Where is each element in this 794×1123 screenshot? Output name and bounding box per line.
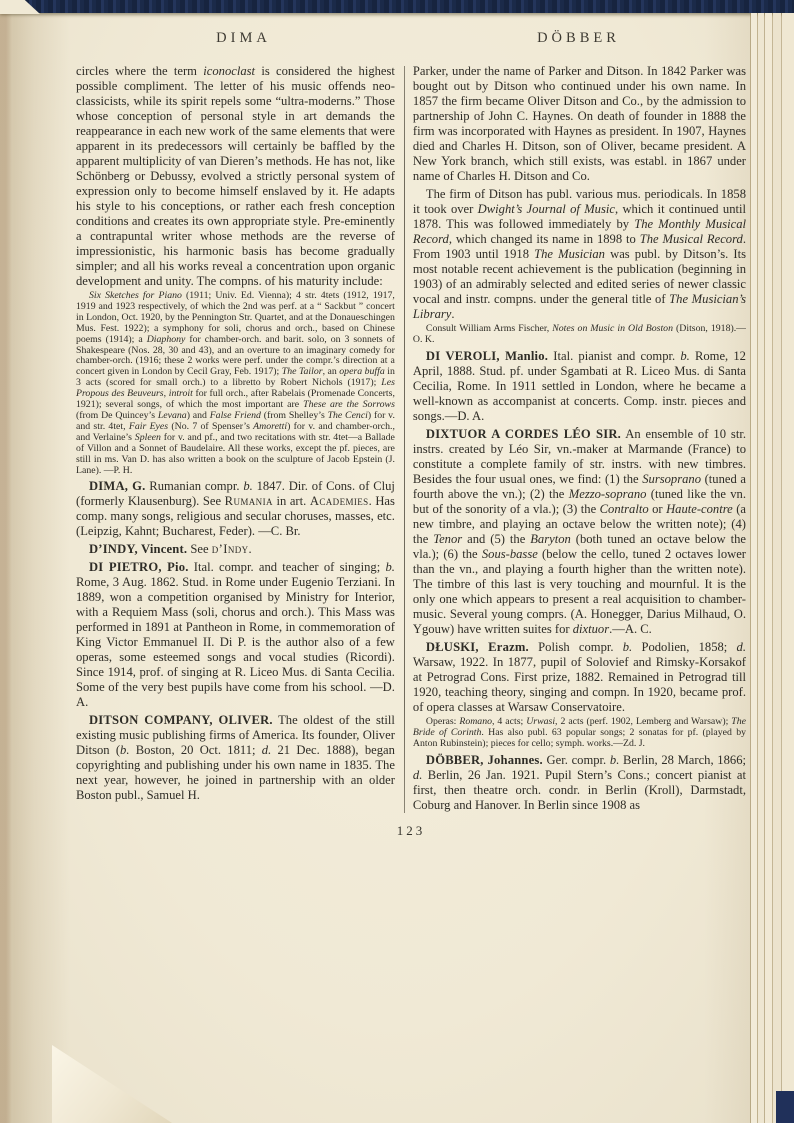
text-run: b.: [680, 349, 689, 363]
text-run: These are the Sorrows: [303, 399, 395, 410]
text-run: DI PIETRO, Pio.: [89, 560, 189, 574]
book-binding-bottom-right: [776, 1091, 794, 1123]
left-column: circles where the term iconoclast is con…: [76, 64, 395, 813]
paragraph: circles where the term iconoclast is con…: [76, 64, 395, 289]
text-run: in art.: [273, 494, 310, 508]
text-run: or: [649, 502, 666, 516]
text-run: See: [187, 542, 211, 556]
text-run: Ital. compr. and teacher of singing;: [189, 560, 386, 574]
text-run: The Tailor: [282, 366, 323, 377]
paragraph: DI PIETRO, Pio. Ital. compr. and teacher…: [76, 560, 395, 710]
text-run: Consult William Arms Fischer,: [426, 323, 552, 334]
paragraph: DÖBBER, Johannes. Ger. compr. b. Berlin,…: [413, 753, 746, 813]
text-run: Rumanian compr.: [145, 479, 243, 493]
running-heads: DIMA DÖBBER: [76, 30, 746, 56]
text-run: Romano: [459, 716, 492, 727]
text-run: d.: [737, 640, 746, 654]
text-run: d’Indy: [212, 542, 249, 556]
paragraph: DŁUSKI, Erazm. Polish compr. b. Podolien…: [413, 640, 746, 715]
text-run: ) and: [187, 410, 210, 421]
text-run: Baryton: [530, 532, 571, 546]
text-run: b.: [610, 753, 619, 767]
text-run: , which changed its name in 1898 to: [449, 232, 640, 246]
paragraph: DIXTUOR A CORDES LÉO SIR. An ensemble of…: [413, 427, 746, 637]
page-content: DIMA DÖBBER circles where the term icono…: [76, 30, 746, 839]
text-run: DŁUSKI, Erazm.: [426, 640, 529, 654]
paragraph: The firm of Ditson has publ. various mus…: [413, 187, 746, 322]
text-run: The Musical Record: [640, 232, 743, 246]
text-run: Warsaw, 1922. In 1877, pupil of Solovief…: [413, 655, 746, 714]
text-run: b.: [385, 560, 394, 574]
text-run: DIXTUOR A CORDES LÉO SIR.: [426, 427, 621, 441]
text-run: False Friend: [210, 410, 261, 421]
text-run: Diaphony: [147, 334, 186, 345]
text-run: and (5) the: [462, 532, 530, 546]
text-run: b.: [243, 479, 252, 493]
text-run: Six Sketches for Piano: [89, 290, 182, 301]
text-run: Berlin, 26 Jan. 1921. Pupil Stern’s Cons…: [413, 768, 746, 812]
text-run: D’INDY, Vincent.: [89, 542, 187, 556]
page-number: 123: [76, 823, 746, 839]
text-run: .: [249, 542, 252, 556]
text-run: Ger. compr.: [543, 753, 610, 767]
text-run: is considered the highest possible compl…: [76, 64, 395, 288]
text-run: , an: [323, 366, 340, 377]
text-run: Amoretti: [253, 421, 287, 432]
text-run: The Cenci: [328, 410, 368, 421]
paragraph: Parker, under the name of Parker and Dit…: [413, 64, 746, 184]
text-run: (from De Quincey’s: [76, 410, 158, 421]
text-run: Dwight’s Journal of Music: [478, 202, 615, 216]
small-print-paragraph: Operas: Romano, 4 acts; Urwasi, 2 acts (…: [413, 717, 746, 750]
text-run: Spleen: [135, 432, 161, 443]
text-run: circles where the term: [76, 64, 203, 78]
text-run: Parker, under the name of Parker and Dit…: [413, 64, 746, 183]
text-run: Podolien, 1858;: [632, 640, 736, 654]
text-run: (No. 7 of Spenser’s: [168, 421, 253, 432]
text-run: Mezzo-soprano: [569, 487, 647, 501]
text-run: .—A. C.: [609, 622, 652, 636]
text-run: Berlin, 28 March, 1866;: [619, 753, 746, 767]
text-run: Sous-basse: [482, 547, 538, 561]
text-run: introit: [169, 388, 193, 399]
text-run: Notes on Music in Old Boston: [552, 323, 673, 334]
running-head-right: DÖBBER: [411, 30, 746, 56]
text-run: dixtuor: [573, 622, 609, 636]
text-run: Polish compr.: [529, 640, 623, 654]
text-run: .: [451, 307, 454, 321]
text-run: b.: [623, 640, 632, 654]
text-run: Levana: [158, 410, 187, 421]
text-run: Fair Eyes: [129, 421, 168, 432]
text-run: , 4 acts;: [492, 716, 526, 727]
text-run: (from Shelley’s: [261, 410, 328, 421]
text-run: Contralto: [600, 502, 649, 516]
text-run: Academies: [310, 494, 369, 508]
text-run: Haute-contre: [666, 502, 733, 516]
text-run: DIMA, G.: [89, 479, 145, 493]
text-run: iconoclast: [203, 64, 255, 78]
text-run: Operas:: [426, 716, 459, 727]
text-columns: circles where the term iconoclast is con…: [76, 64, 746, 813]
text-run: DITSON COMPANY, OLIVER.: [89, 713, 273, 727]
text-run: Tenor: [433, 532, 462, 546]
paragraph: DITSON COMPANY, OLIVER. The oldest of th…: [76, 713, 395, 803]
book-binding-top: [0, 0, 794, 13]
small-print-paragraph: Consult William Arms Fischer, Notes on M…: [413, 324, 746, 346]
book-page-scan: DIMA DÖBBER circles where the term icono…: [0, 0, 794, 1123]
text-run: Urwasi: [526, 716, 555, 727]
paragraph: DIMA, G. Rumanian compr. b. 1847. Dir. o…: [76, 479, 395, 539]
text-run: Boston, 20 Oct. 1811;: [130, 743, 262, 757]
text-run: Rome, 3 Aug. 1862. Stud. in Rome under E…: [76, 575, 395, 709]
paragraph: DI VEROLI, Manlio. Ital. pianist and com…: [413, 349, 746, 424]
text-run: opera buffa: [339, 366, 385, 377]
text-run: , 2 acts (perf. 1902, Lemberg and Warsaw…: [555, 716, 731, 727]
running-head-left: DIMA: [76, 30, 411, 56]
page-curl: [52, 1045, 172, 1123]
column-divider-rule: [404, 66, 405, 813]
paragraph: D’INDY, Vincent. See d’Indy.: [76, 542, 395, 557]
page-edge-stack: [750, 13, 794, 1123]
text-run: The Musician: [534, 247, 605, 261]
text-run: Ital. pianist and compr.: [548, 349, 680, 363]
text-run: Sursoprano: [642, 472, 701, 486]
text-run: Rumania: [225, 494, 273, 508]
small-print-paragraph: Six Sketches for Piano (1911; Univ. Ed. …: [76, 291, 395, 476]
text-run: b.: [120, 743, 129, 757]
text-run: d.: [262, 743, 271, 757]
text-run: d.: [413, 768, 422, 782]
text-run: DI VEROLI, Manlio.: [426, 349, 548, 363]
text-run: DÖBBER, Johannes.: [426, 753, 543, 767]
right-column: Parker, under the name of Parker and Dit…: [413, 64, 746, 813]
